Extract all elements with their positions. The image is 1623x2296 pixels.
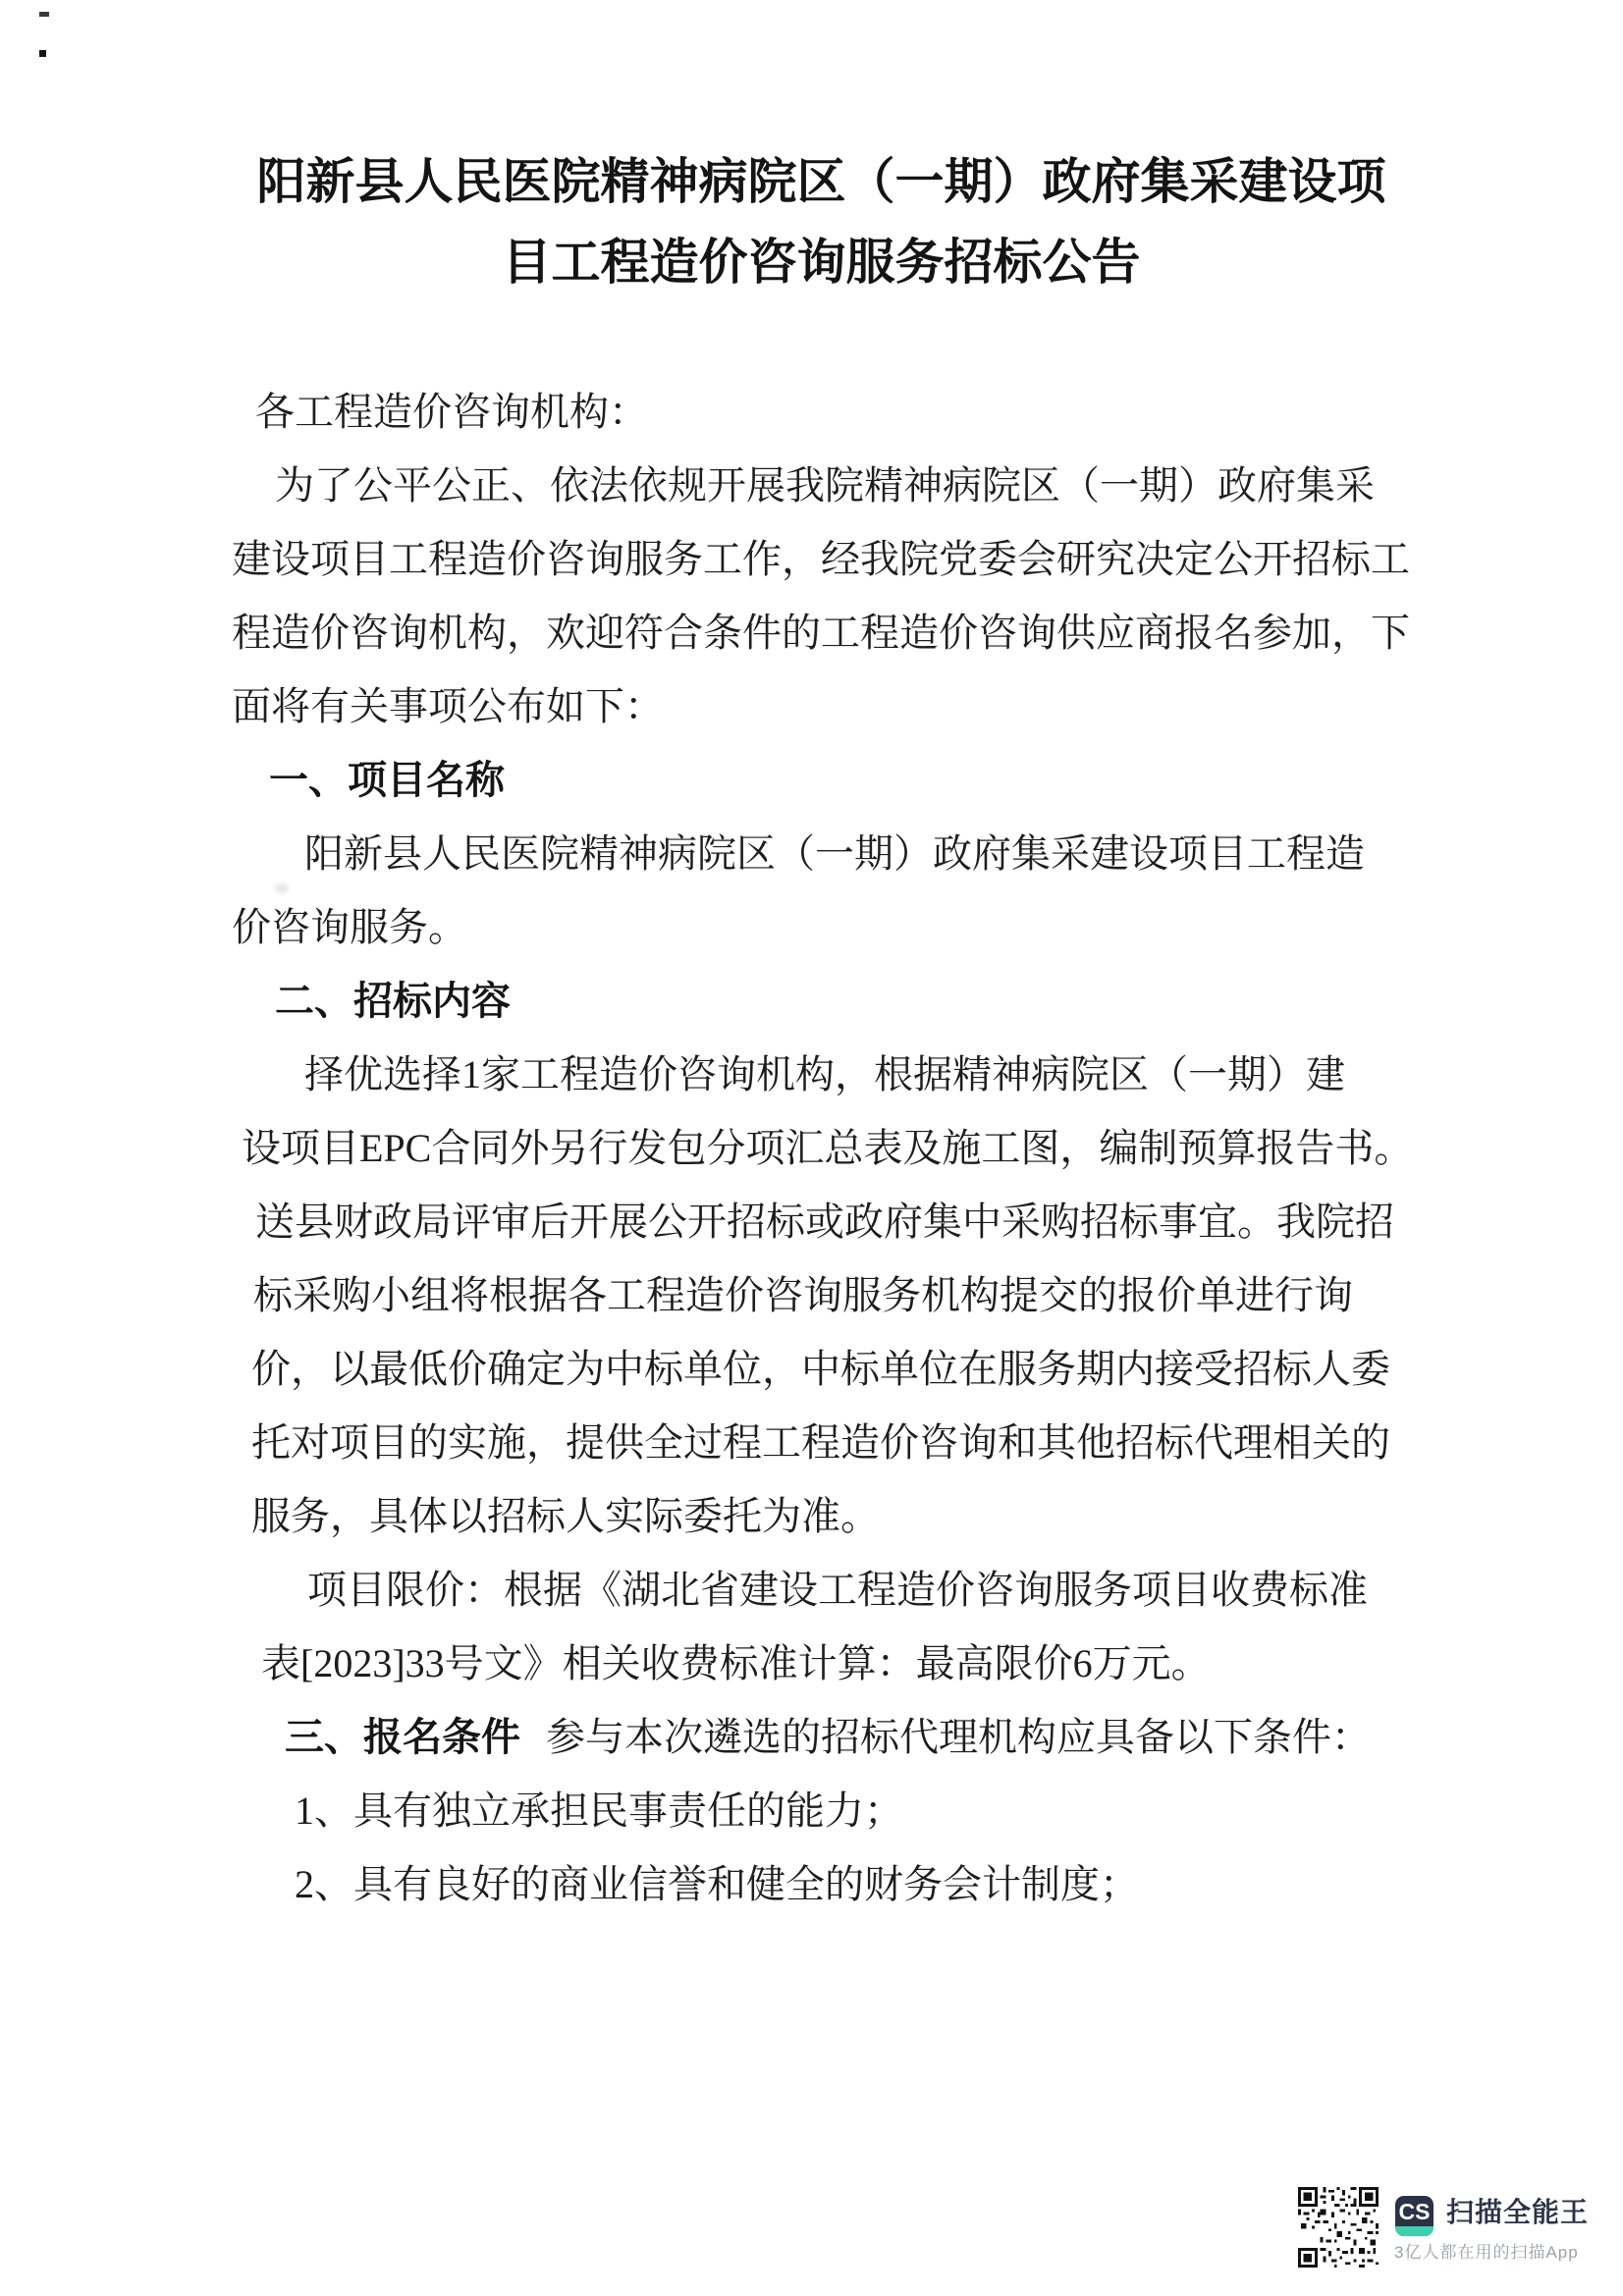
section-3-intro-text: 参与本次遴选的招标代理机构应具备以下条件： <box>546 1715 1371 1759</box>
salutation-line: 各工程造价咨询机构： <box>255 375 1430 449</box>
price-limit-line: 表[2023]33号文》相关收费标准计算：最高限价6万元。 <box>261 1627 1430 1700</box>
tender-content-line: 择优选择1家工程造价咨询机构，根据精神病院区（一期）建 <box>304 1038 1430 1111</box>
tender-content-line: 标采购小组将根据各工程造价咨询服务机构提交的报价单进行询 <box>253 1258 1430 1332</box>
intro-paragraph-line: 面将有关事项公布如下： <box>232 669 1430 743</box>
condition-item-1: 1、具有独立承担民事责任的能力； <box>295 1774 1430 1847</box>
intro-paragraph-line: 为了公平公正、依法依规开展我院精神病院区（一期）政府集采 <box>275 449 1430 522</box>
scan-artifact-dot <box>39 50 46 57</box>
document-title-line2: 目工程造价咨询服务招标公告 <box>20 222 1623 302</box>
camscanner-logo-icon: CS <box>1395 2196 1434 2236</box>
tender-content-line: 送县财政局评审后开展公开招标或政府集中采购招标事宜。我院招 <box>255 1185 1430 1258</box>
project-name-line: 价咨询服务。 <box>232 890 1430 964</box>
intro-paragraph-line: 程造价咨询机构，欢迎符合条件的工程造价咨询供应商报名参加，下 <box>232 596 1430 669</box>
document-title: 阳新县人民医院精神病院区（一期）政府集采建设项 目工程造价咨询服务招标公告 <box>20 141 1623 302</box>
condition-item-2: 2、具有良好的商业信誉和健全的财务会计制度； <box>295 1847 1430 1921</box>
camscanner-watermark: CS 扫描全能王 3亿人都在用的扫描App <box>1298 2186 1593 2274</box>
tender-content-line: 服务，具体以招标人实际委托为准。 <box>251 1479 1430 1553</box>
section-3-heading: 三、报名条件 <box>285 1715 520 1759</box>
qr-code-icon <box>1298 2187 1379 2268</box>
camscanner-app-name: 扫描全能王 <box>1446 2198 1589 2227</box>
camscanner-tagline: 3亿人都在用的扫描App <box>1394 2244 1579 2262</box>
document-body: 各工程造价咨询机构： 为了公平公正、依法依规开展我院精神病院区（一期）政府集采 … <box>232 375 1430 1921</box>
section-3-heading-line: 三、报名条件参与本次遴选的招标代理机构应具备以下条件： <box>285 1700 1430 1774</box>
project-name-line: 阳新县人民医院精神病院区（一期）政府集采建设项目工程造 <box>304 817 1430 890</box>
tender-content-line: 价，以最低价确定为中标单位，中标单位在服务期内接受招标人委 <box>251 1332 1430 1406</box>
document-title-line1: 阳新县人民医院精神病院区（一期）政府集采建设项 <box>20 141 1623 222</box>
camscanner-logo-teal-band <box>1395 2226 1434 2236</box>
camscanner-logo-letters: CS <box>1395 2197 1434 2226</box>
tender-content-line: 设项目EPC合同外另行发包分项汇总表及施工图，编制预算报告书。 <box>242 1111 1430 1185</box>
scan-artifact-dash <box>39 12 49 17</box>
scanned-document-page: { "page": { "background": "#ffffff", "te… <box>0 0 1623 2296</box>
section-2-heading: 二、招标内容 <box>275 964 1430 1038</box>
tender-content-line: 托对项目的实施，提供全过程工程造价咨询和其他招标代理相关的 <box>251 1406 1430 1479</box>
section-1-heading: 一、项目名称 <box>269 743 1430 817</box>
price-limit-line: 项目限价：根据《湖北省建设工程造价咨询服务项目收费标准 <box>307 1553 1430 1627</box>
intro-paragraph-line: 建设项目工程造价咨询服务工作，经我院党委会研究决定公开招标工 <box>232 522 1430 596</box>
